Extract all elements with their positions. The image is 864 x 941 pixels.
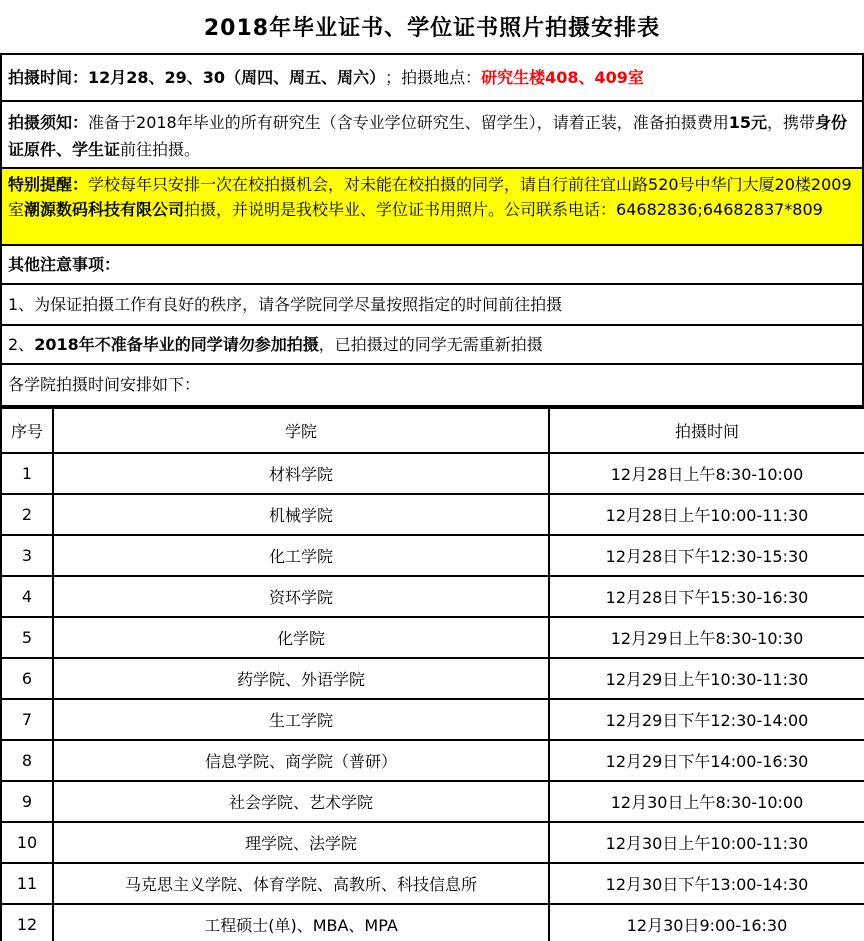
table-row: 3化工学院12月28日下午12:30-15:30 [1,535,864,576]
shoot-time: 12月29日上午8:30-10:30 [549,617,864,658]
shoot-time: 12月29日下午12:30-14:00 [549,699,864,740]
document-page: 2018年毕业证书、学位证书照片拍摄安排表 拍摄时间：12月28、29、30（周… [0,0,864,941]
header-row: 序号 学院 拍摄时间 [1,408,864,453]
other-notes-row: 其他注意事项： [2,246,862,285]
row-index: 2 [1,494,53,535]
shoot-time: 12月29日上午10:30-11:30 [549,658,864,699]
note-2-row: 2、2018年不准备毕业的同学请勿参加拍摄，已拍摄过的同学无需重新拍摄 [2,326,862,365]
page-title: 2018年毕业证书、学位证书照片拍摄安排表 [0,0,864,53]
note-1-row: 1、为保证拍摄工作有良好的秩序，请各学院同学尽量按照指定的时间前往拍摄 [2,285,862,326]
company-name: 潮源数码科技有限公司 [24,200,184,219]
header-college: 学院 [53,408,549,453]
schedule-intro-row: 各学院拍摄时间安排如下： [2,365,862,407]
row-index: 6 [1,658,53,699]
shoot-time: 12月30日下午13:00-14:30 [549,863,864,904]
row-index: 9 [1,781,53,822]
table-row: 2机械学院12月28日上午10:00-11:30 [1,494,864,535]
schedule-table-head: 序号 学院 拍摄时间 [1,408,864,453]
location-label: ；拍摄地点： [385,65,481,91]
note-2-rest: ，已拍摄过的同学无需重新拍摄 [319,332,543,358]
college-name: 社会学院、艺术学院 [53,781,549,822]
table-row: 9社会学院、艺术学院12月30日上午8:30-10:00 [1,781,864,822]
shoot-time: 12月28日下午12:30-15:30 [549,535,864,576]
shoot-time: 12月28日上午10:00-11:30 [549,494,864,535]
row-index: 1 [1,453,53,494]
notice-text-2: ，携带 [767,113,815,132]
row-index: 12 [1,904,53,941]
college-name: 马克思主义学院、体育学院、高教所、科技信息所 [53,863,549,904]
shoot-time-row: 拍摄时间：12月28、29、30（周四、周五、周六） ；拍摄地点： 研究生楼40… [2,55,862,102]
shoot-time-text: 拍摄时间：12月28、29、30（周四、周五、周六） [8,65,385,91]
shoot-time: 12月28日下午15:30-16:30 [549,576,864,617]
schedule-table: 序号 学院 拍摄时间 1材料学院12月28日上午8:30-10:002机械学院1… [0,407,864,941]
table-row: 10理学院、法学院12月30日上午10:00-11:30 [1,822,864,863]
special-reminder-label: 特别提醒： [8,175,88,194]
shoot-notice-row: 拍摄须知：准备于2018年毕业的所有研究生（含专业学位研究生、留学生），请着正装… [2,102,862,169]
info-section: 拍摄时间：12月28、29、30（周四、周五、周六） ；拍摄地点： 研究生楼40… [0,53,864,407]
row-index: 7 [1,699,53,740]
college-name: 药学院、外语学院 [53,658,549,699]
table-row: 7生工学院12月29日下午12:30-14:00 [1,699,864,740]
row-index: 5 [1,617,53,658]
college-name: 理学院、法学院 [53,822,549,863]
shoot-time: 12月30日上午10:00-11:30 [549,822,864,863]
row-index: 4 [1,576,53,617]
table-row: 5化学院12月29日上午8:30-10:30 [1,617,864,658]
row-index: 10 [1,822,53,863]
table-row: 1材料学院12月28日上午8:30-10:00 [1,453,864,494]
college-name: 机械学院 [53,494,549,535]
shoot-time: 12月30日上午8:30-10:00 [549,781,864,822]
special-reminder-text-2: 拍摄，并说明是我校毕业、学位证书用照片。公司联系电话：64682836;6468… [184,200,823,219]
header-index: 序号 [1,408,53,453]
table-row: 12工程硕士(单)、MBA、MPA12月30日9:00-16:30 [1,904,864,941]
college-name: 化学院 [53,617,549,658]
notice-fee: 15元 [729,113,767,132]
table-row: 11马克思主义学院、体育学院、高教所、科技信息所12月30日下午13:00-14… [1,863,864,904]
note-2-prefix: 2、 [8,332,34,358]
college-name: 工程硕士(单)、MBA、MPA [53,904,549,941]
note-2-bold-text: 2018年不准备毕业的同学请勿参加拍摄 [34,332,319,358]
row-index: 3 [1,535,53,576]
notice-text-1: 准备于2018年毕业的所有研究生（含专业学位研究生、留学生），请着正装，准备拍摄… [88,113,729,132]
shoot-time: 12月28日上午8:30-10:00 [549,453,864,494]
college-name: 材料学院 [53,453,549,494]
table-row: 6药学院、外语学院12月29日上午10:30-11:30 [1,658,864,699]
notice-text-3: 前往拍摄。 [120,140,200,159]
note-1-text: 1、为保证拍摄工作有良好的秩序，请各学院同学尽量按照指定的时间前往拍摄 [8,292,562,318]
shoot-time: 12月29日下午14:00-16:30 [549,740,864,781]
table-row: 8信息学院、商学院（普研）12月29日下午14:00-16:30 [1,740,864,781]
table-row: 4资环学院12月28日下午15:30-16:30 [1,576,864,617]
row-index: 8 [1,740,53,781]
other-notes-label: 其他注意事项： [8,252,120,278]
special-reminder-row: 特别提醒：学校每年只安排一次在校拍摄机会，对未能在校拍摄的同学，请自行前往宜山路… [2,169,862,246]
college-name: 资环学院 [53,576,549,617]
row-index: 11 [1,863,53,904]
schedule-intro-text: 各学院拍摄时间安排如下： [8,372,200,398]
header-shoot-time: 拍摄时间 [549,408,864,453]
location-value: 研究生楼408、409室 [481,65,644,91]
college-name: 信息学院、商学院（普研） [53,740,549,781]
shoot-time: 12月30日9:00-16:30 [549,904,864,941]
college-name: 生工学院 [53,699,549,740]
college-name: 化工学院 [53,535,549,576]
schedule-table-body: 1材料学院12月28日上午8:30-10:002机械学院12月28日上午10:0… [1,453,864,941]
notice-label: 拍摄须知： [8,113,88,132]
